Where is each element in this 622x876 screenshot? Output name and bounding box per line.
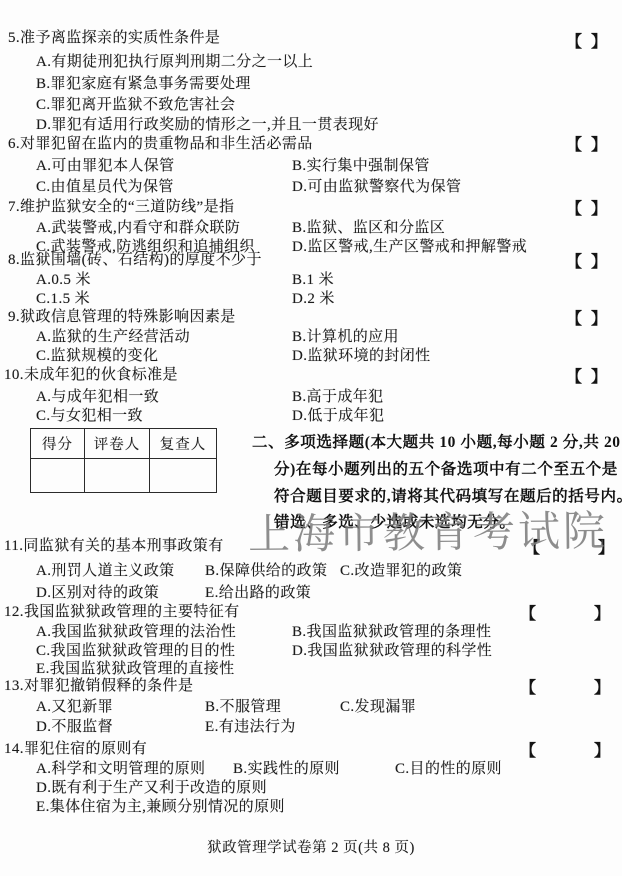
bracket-close: 】 — [591, 306, 607, 329]
score-table-cell-empty — [150, 459, 217, 493]
exam-paper-page: 5.准予离监探亲的实质性条件是 【】 A.有期徒刑犯执行原判刑期二分之一以上 B… — [0, 0, 622, 876]
question-14-option-c: C.目的性的原则 — [395, 761, 502, 778]
question-10-option-c: C.与女犯相一致 — [36, 408, 143, 425]
question-6-option-d: D.可由监狱警察代为保管 — [292, 179, 461, 196]
score-table-cell-empty — [31, 459, 85, 493]
bracket-close: 】 — [591, 29, 607, 52]
question-14-stem: 14.罪犯住宿的原则有 — [4, 741, 147, 758]
bracket-open: 【 — [520, 738, 536, 761]
question-5-option-b: B.罪犯家庭有紧急事务需要处理 — [36, 76, 251, 93]
question-12-answer-bracket: 【】 — [520, 601, 610, 624]
score-table-header-reviewer: 复查人 — [150, 429, 217, 459]
question-9-answer-bracket: 【】 — [566, 306, 607, 329]
question-12-option-b: B.我国监狱狱政管理的条理性 — [292, 624, 491, 641]
question-13-answer-bracket: 【】 — [520, 675, 610, 698]
question-9-stem: 9.狱政信息管理的特殊影响因素是 — [8, 309, 236, 326]
question-11-option-b: B.保障供给的政策 — [205, 563, 327, 580]
question-11-option-d: D.区别对待的政策 — [36, 585, 159, 602]
score-table: 得分 评卷人 复查人 — [30, 428, 217, 493]
question-10-answer-bracket: 【】 — [566, 364, 607, 387]
question-6-answer-bracket: 【】 — [566, 132, 607, 155]
bracket-open: 【 — [520, 601, 536, 624]
question-12-stem: 12.我国监狱狱政管理的主要特征有 — [4, 604, 240, 621]
question-11-option-c: C.改造罪犯的政策 — [340, 563, 462, 580]
question-5-stem: 5.准予离监探亲的实质性条件是 — [8, 30, 220, 47]
section2-instruction-line: 分)在每小题列出的五个备选项中有二个至五个是 — [274, 461, 618, 479]
question-11-stem: 11.同监狱有关的基本刑事政策有 — [4, 538, 224, 555]
question-8-option-c: C.1.5 米 — [36, 291, 90, 308]
question-12-option-a: A.我国监狱狱政管理的法治性 — [36, 624, 236, 641]
question-7-option-b: B.监狱、监区和分监区 — [292, 220, 445, 237]
question-13-stem: 13.对罪犯撤销假释的条件是 — [4, 678, 193, 695]
question-7-option-a: A.武装警戒,内看守和群众联防 — [36, 220, 240, 237]
question-7-answer-bracket: 【】 — [566, 196, 607, 219]
question-10-option-b: B.高于成年犯 — [292, 389, 384, 406]
bracket-close: 】 — [594, 601, 610, 624]
question-8-answer-bracket: 【】 — [566, 249, 607, 272]
question-9-option-a: A.监狱的生产经营活动 — [36, 329, 190, 346]
bracket-close: 】 — [594, 738, 610, 761]
question-11-option-e: E.给出路的政策 — [205, 585, 311, 602]
question-14-option-a: A.科学和文明管理的原则 — [36, 761, 205, 778]
question-5-option-c: C.罪犯离开监狱不致危害社会 — [36, 97, 235, 114]
bracket-open: 【 — [520, 675, 536, 698]
question-14-option-d: D.既有利于生产又利于改造的原则 — [36, 780, 267, 797]
question-10-stem: 10.未成年犯的伙食标准是 — [4, 367, 178, 384]
bracket-open: 【 — [566, 249, 582, 272]
question-8-stem: 8.监狱围墙(砖、石结构)的厚度不少于 — [8, 252, 262, 269]
question-10-option-a: A.与成年犯相一致 — [36, 389, 159, 406]
bracket-open: 【 — [566, 132, 582, 155]
question-10-option-d: D.低于成年犯 — [292, 408, 384, 425]
question-8-option-a: A.0.5 米 — [36, 272, 91, 289]
bracket-open: 【 — [566, 29, 582, 52]
bracket-close: 】 — [591, 364, 607, 387]
score-table-header-score: 得分 — [31, 429, 85, 459]
question-6-option-c: C.由值星员代为保管 — [36, 179, 174, 196]
question-6-option-a: A.可由罪犯本人保管 — [36, 158, 175, 175]
question-9-option-d: D.监狱环境的封闭性 — [292, 348, 431, 365]
question-12-option-e: E.我国监狱狱政管理的直接性 — [36, 661, 235, 678]
question-11-option-a: A.刑罚人道主义政策 — [36, 563, 175, 580]
bracket-close: 】 — [591, 196, 607, 219]
bracket-close: 】 — [591, 249, 607, 272]
question-12-option-d: D.我国监狱狱政管理的科学性 — [292, 643, 492, 660]
bracket-close: 】 — [591, 132, 607, 155]
question-8-option-b: B.1 米 — [292, 272, 334, 289]
question-7-stem: 7.维护监狱安全的“三道防线”是指 — [8, 199, 234, 216]
question-5-option-a: A.有期徒刑犯执行原判刑期二分之一以上 — [36, 54, 313, 71]
score-table-cell-empty — [85, 459, 150, 493]
bracket-open: 【 — [566, 364, 582, 387]
question-13-option-b: B.不服管理 — [205, 699, 281, 716]
watermark-stamp: 上海市教育考试院 — [248, 498, 609, 562]
question-13-option-e: E.有违法行为 — [205, 719, 296, 736]
question-8-option-d: D.2 米 — [292, 291, 335, 308]
question-6-stem: 6.对罪犯留在监内的贵重物品和非生活必需品 — [8, 136, 313, 153]
question-12-option-c: C.我国监狱狱政管理的目的性 — [36, 643, 235, 660]
question-9-option-b: B.计算机的应用 — [292, 329, 399, 346]
section2-instruction-line: 二、多项选择题(本大题共 10 小题,每小题 2 分,共 20 — [252, 434, 621, 452]
bracket-open: 【 — [566, 306, 582, 329]
question-7-option-d: D.监区警戒,生产区警戒和押解警戒 — [292, 239, 527, 256]
question-5-answer-bracket: 【】 — [566, 29, 607, 52]
score-table-header-grader: 评卷人 — [85, 429, 150, 459]
question-13-option-a: A.又犯新罪 — [36, 699, 113, 716]
question-14-option-e: E.集体住宿为主,兼顾分别情况的原则 — [36, 799, 285, 816]
question-13-option-d: D.不服监督 — [36, 719, 113, 736]
question-13-option-c: C.发现漏罪 — [340, 699, 416, 716]
bracket-open: 【 — [566, 196, 582, 219]
question-14-answer-bracket: 【】 — [520, 738, 610, 761]
question-6-option-b: B.实行集中强制保管 — [292, 158, 430, 175]
page-footer: 狱政管理学试卷第 2 页(共 8 页) — [0, 836, 622, 857]
question-5-option-d: D.罪犯有适用行政奖励的情形之一,并且一贯表现好 — [36, 117, 379, 134]
question-9-option-c: C.监狱规模的变化 — [36, 348, 158, 365]
question-14-option-b: B.实践性的原则 — [233, 761, 340, 778]
bracket-close: 】 — [594, 675, 610, 698]
